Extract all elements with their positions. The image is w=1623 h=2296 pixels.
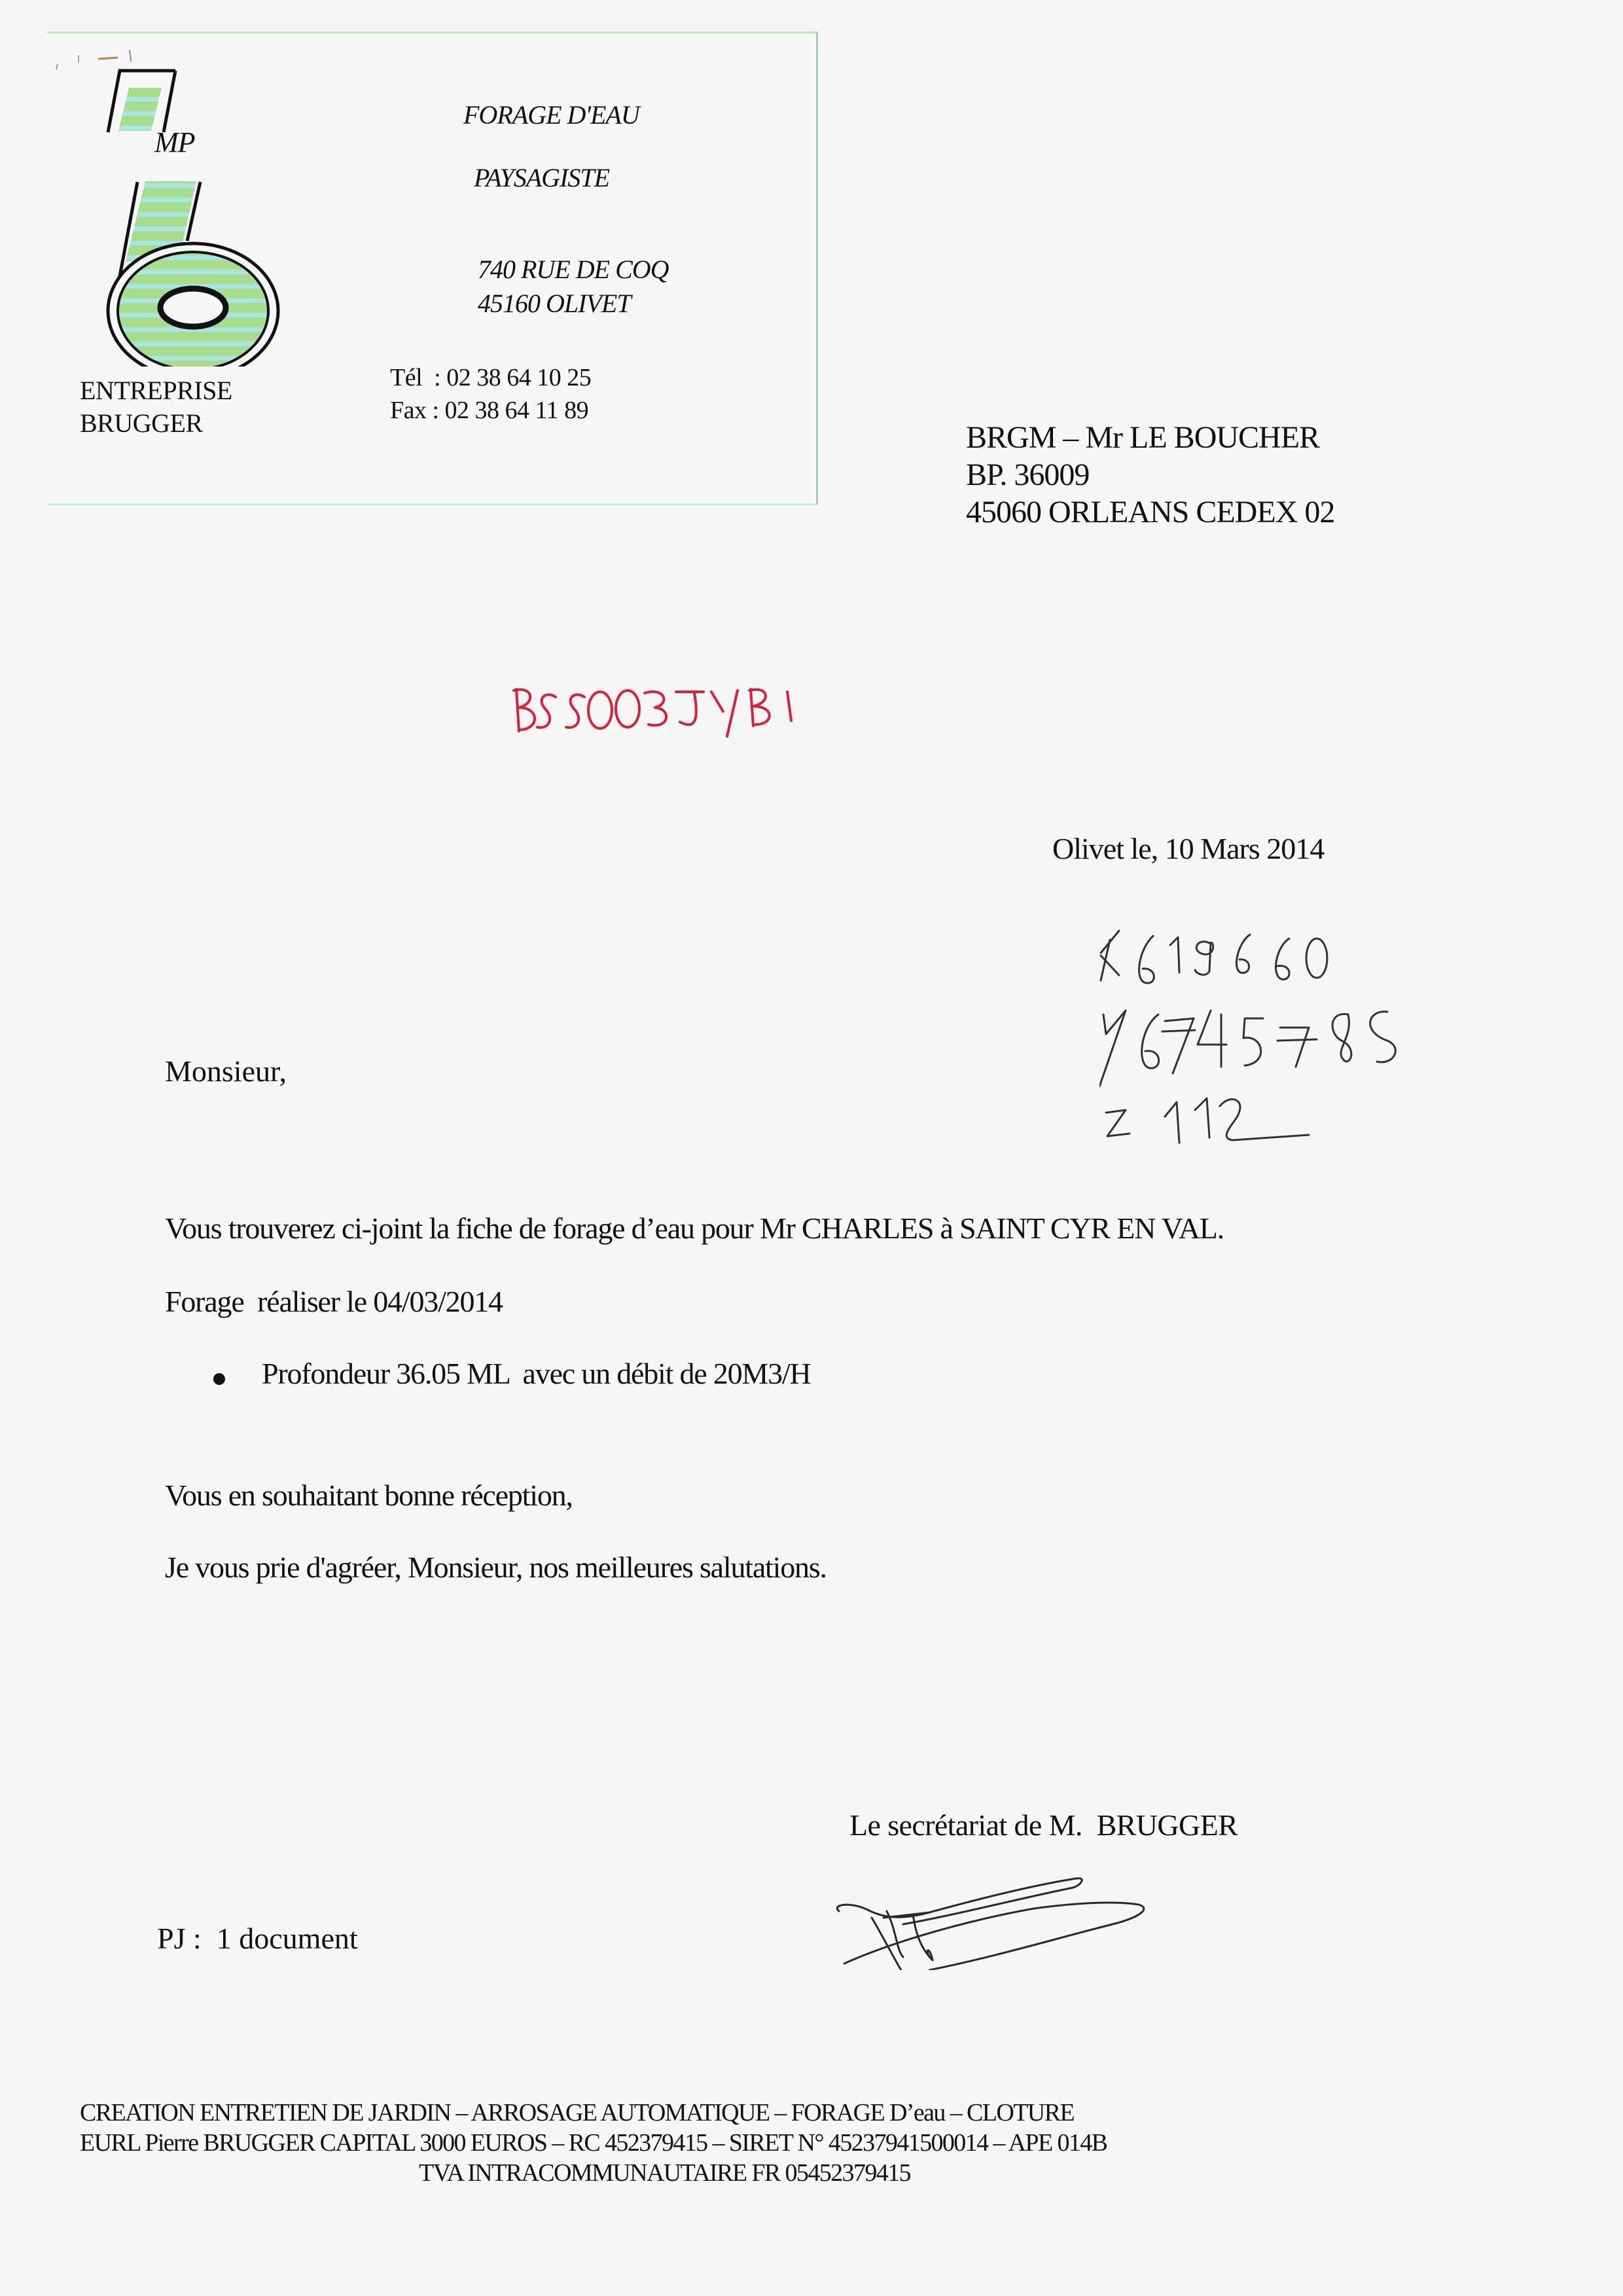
contact-block: Tél : 02 38 64 10 25 Fax : 02 38 64 11 8… xyxy=(390,361,591,427)
handwritten-reference: BSS003JYBI xyxy=(507,684,847,743)
footer-line-legal: EURL Pierre BRUGGER CAPITAL 3000 EUROS –… xyxy=(65,2128,1374,2158)
recipient-address: BRGM – Mr LE BOUCHER BP. 36009 45060 ORL… xyxy=(966,419,1334,531)
company-logo-icon xyxy=(98,59,301,367)
company-line-2: BRUGGER xyxy=(80,407,232,440)
fax-number: Fax : 02 38 64 11 89 xyxy=(390,394,591,427)
service-paysagiste: PAYSAGISTE xyxy=(474,162,609,193)
paragraph-drilling-date: Forage réaliser le 04/03/2014 xyxy=(165,1284,503,1319)
logo-initials: MP xyxy=(154,126,195,159)
recipient-line-1: BRGM – Mr LE BOUCHER xyxy=(966,419,1334,456)
letter-date: Olivet le, 10 Mars 2014 xyxy=(1052,831,1324,866)
address-city: 45160 OLIVET xyxy=(478,288,631,319)
company-name: ENTREPRISE BRUGGER xyxy=(80,374,232,440)
signature-label: Le secrétariat de M. BRUGGER xyxy=(849,1808,1238,1842)
footer-line-vat: TVA INTRACOMMUNAUTAIRE FR 05452379415 xyxy=(65,2158,1374,2188)
salutation: Monsieur, xyxy=(165,1054,287,1088)
paragraph-main: Vous trouverez ci-joint la fiche de fora… xyxy=(165,1211,1224,1246)
bullet-icon xyxy=(213,1373,225,1385)
footer-line-services: CREATION ENTRETIEN DE JARDIN – ARROSAGE … xyxy=(65,2098,1374,2128)
service-forage: FORAGE D'EAU xyxy=(463,99,639,130)
handwritten-reference-text: BSS003JYBI xyxy=(507,684,511,685)
bullet-depth-flow: Profondeur 36.05 ML avec un débit de 20M… xyxy=(262,1356,811,1391)
company-line-1: ENTREPRISE xyxy=(80,374,232,407)
phone-number: Tél : 02 38 64 10 25 xyxy=(390,361,591,394)
closing-reception: Vous en souhaitant bonne réception, xyxy=(165,1478,573,1513)
handwritten-coordinates xyxy=(1099,929,1492,1152)
closing-salutations: Je vous prie d'agréer, Monsieur, nos mei… xyxy=(165,1550,827,1585)
attachments-note: PJ : 1 document xyxy=(157,1921,358,1956)
signature-icon xyxy=(825,1859,1178,1970)
letter-page: MP FORAGE D'EAU PAYSAGISTE 740 RUE DE CO… xyxy=(0,0,1623,2296)
address-street: 740 RUE DE COQ xyxy=(478,254,669,285)
company-footer: CREATION ENTRETIEN DE JARDIN – ARROSAGE … xyxy=(65,2098,1374,2188)
recipient-line-2: BP. 36009 xyxy=(966,456,1334,493)
recipient-line-3: 45060 ORLEANS CEDEX 02 xyxy=(966,493,1334,531)
